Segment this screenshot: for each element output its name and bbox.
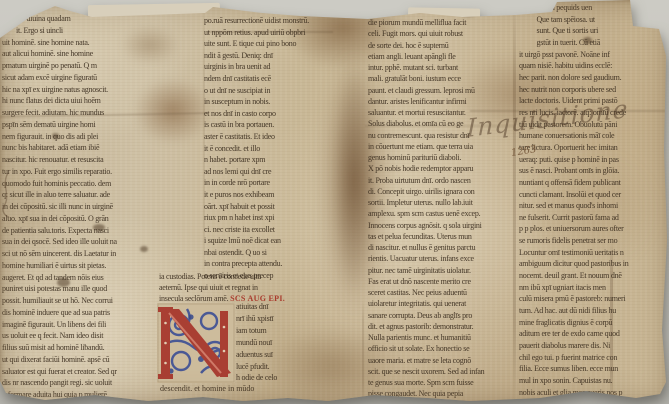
parchment-leaf-wrapper: diuina quadam it. Ergo si uincliuit homi… <box>0 0 669 404</box>
parchment-leaf: diuina quadam it. Ergo si uincliuit homi… <box>0 0 669 404</box>
photograph-of-manuscript: diuina quadam it. Ergo si uincliuit homi… <box>0 0 669 404</box>
edge-shading <box>0 0 669 404</box>
